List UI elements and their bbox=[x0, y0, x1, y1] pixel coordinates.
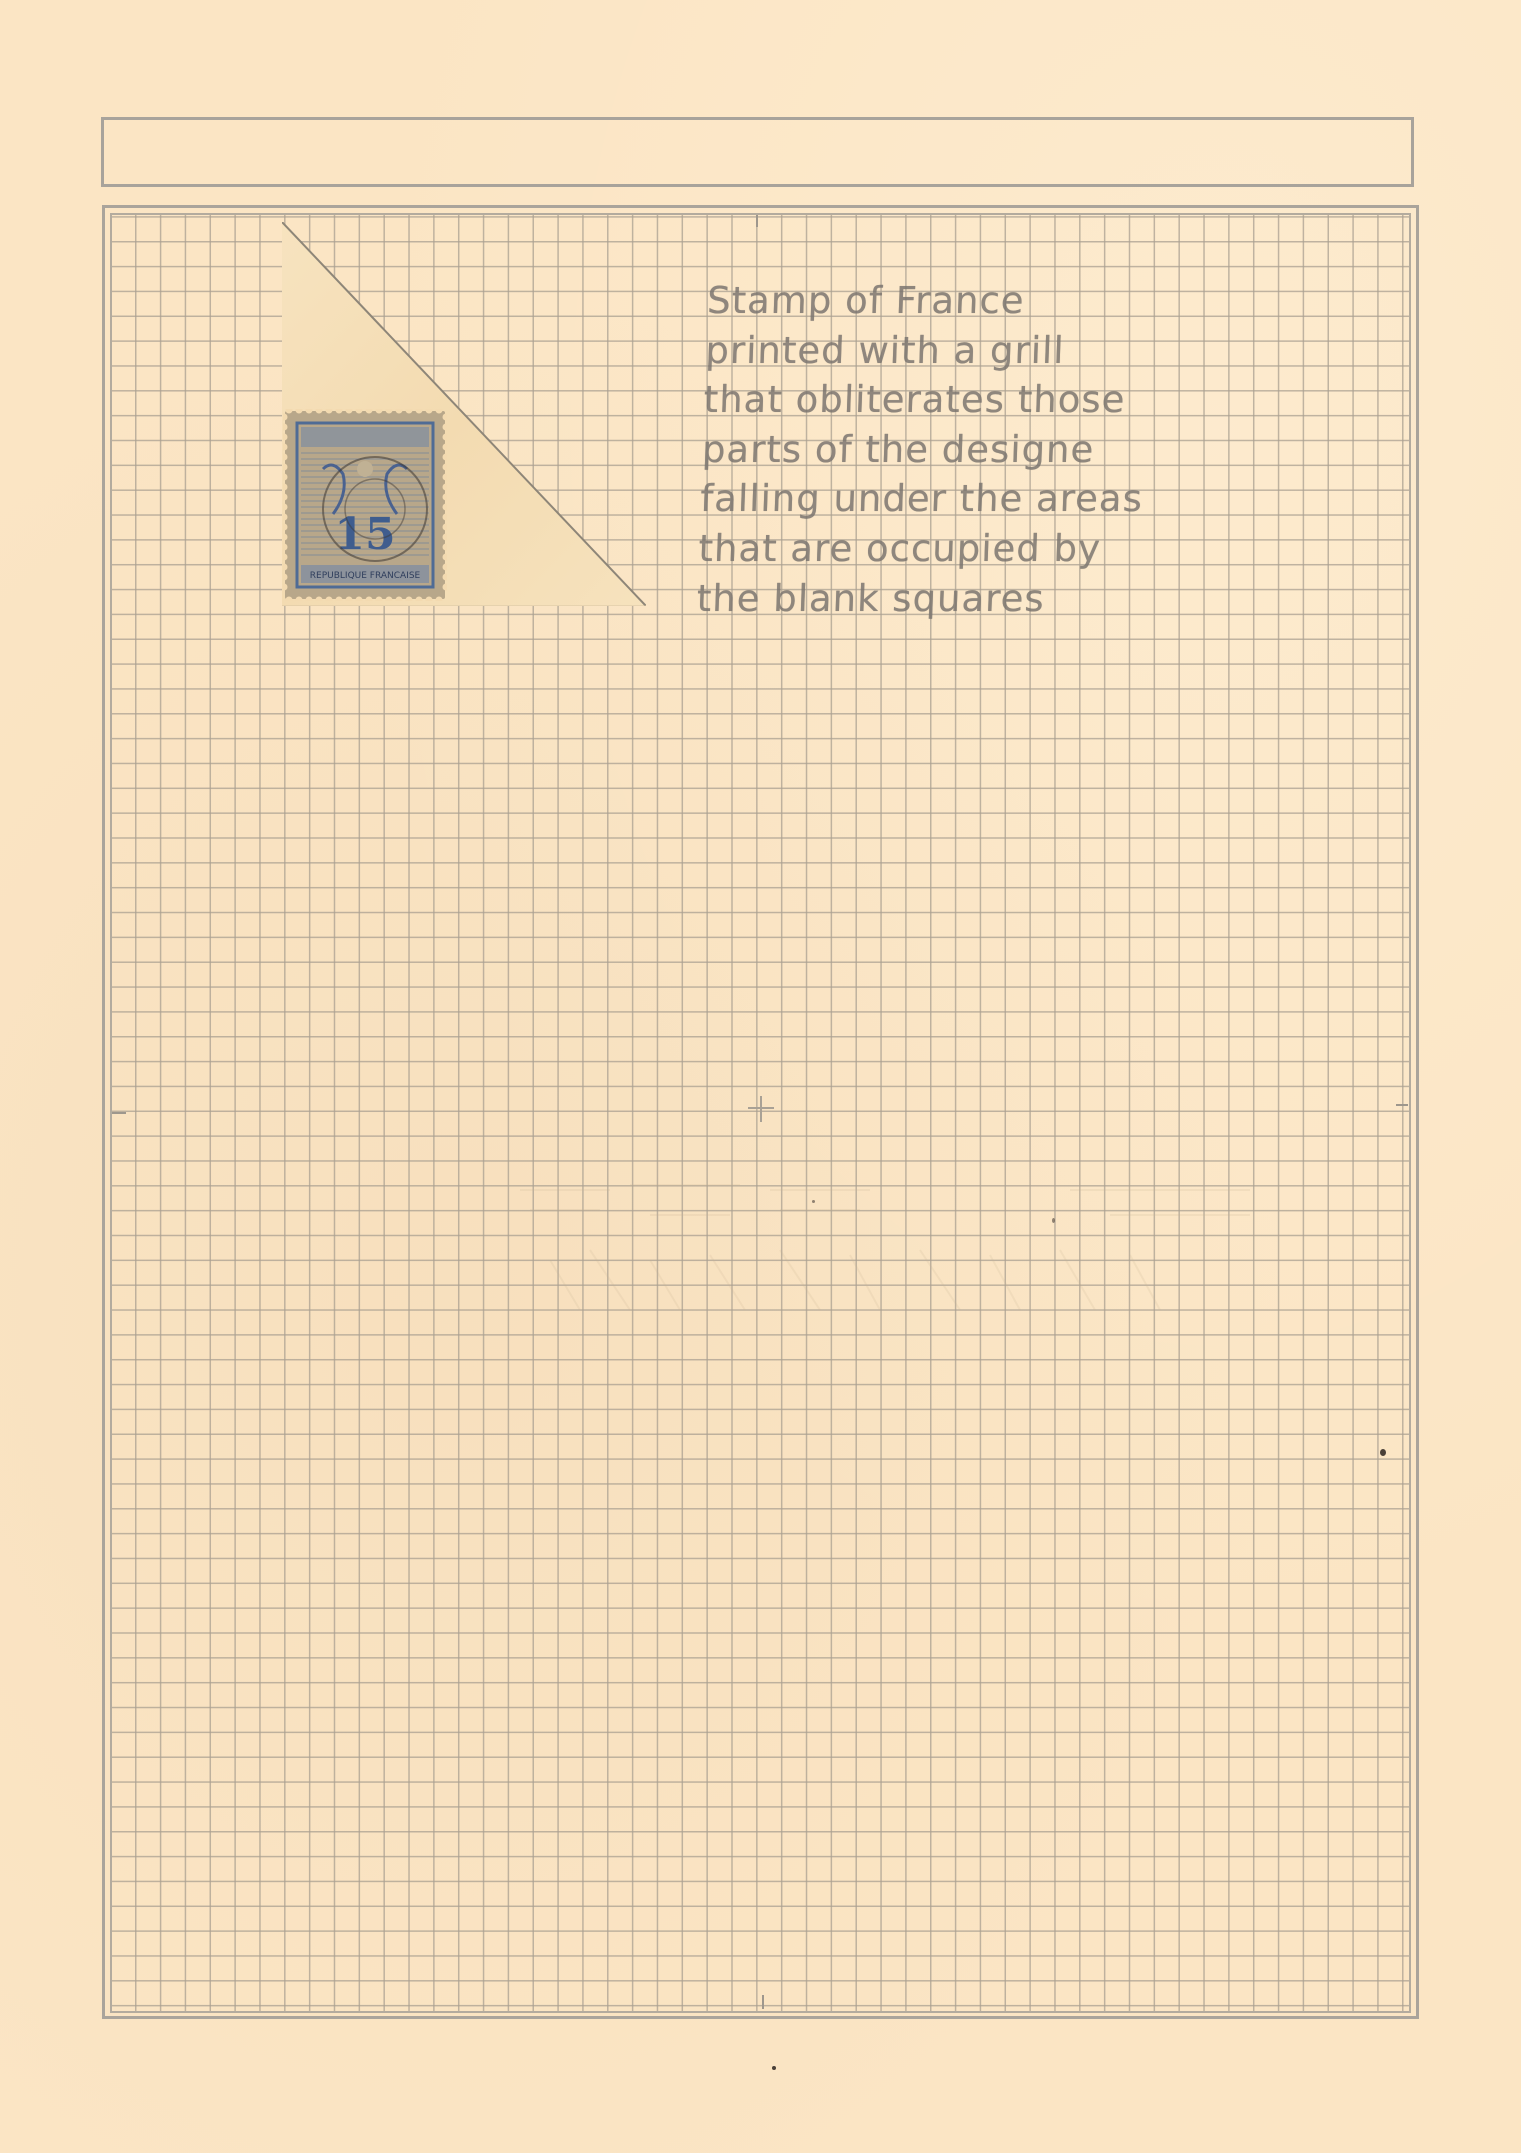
left-middle-tick bbox=[112, 1112, 126, 1114]
note-line: parts of the designe bbox=[701, 425, 1183, 475]
ink-speck bbox=[812, 1200, 815, 1203]
stamp-denomination: 15 bbox=[334, 509, 395, 560]
page-title-box bbox=[101, 117, 1414, 187]
handwritten-note: Stamp of France printed with a grill tha… bbox=[696, 276, 1188, 623]
right-middle-tick bbox=[1396, 1104, 1408, 1106]
note-line: printed with a grill bbox=[705, 326, 1187, 376]
stamp-country-text: REPUBLIQUE FRANCAISE bbox=[310, 571, 421, 581]
note-line: Stamp of France bbox=[706, 276, 1188, 326]
bottom-center-tick bbox=[762, 1995, 764, 2009]
top-center-tick bbox=[756, 215, 758, 227]
ink-speck bbox=[1380, 1449, 1386, 1456]
center-cross-icon-vertical bbox=[760, 1096, 762, 1122]
note-line: the blank squares bbox=[696, 574, 1178, 624]
note-line: that are occupied by bbox=[698, 524, 1180, 574]
album-page: 15 REPUBLIQUE FRANCAISE Stamp of France … bbox=[0, 0, 1521, 2153]
french-stamp: 15 REPUBLIQUE FRANCAISE bbox=[283, 409, 447, 601]
note-line: falling under the areas bbox=[699, 474, 1181, 524]
ink-speck bbox=[772, 2066, 776, 2070]
note-line: that obliterates those bbox=[703, 375, 1185, 425]
ink-speck bbox=[1052, 1218, 1055, 1223]
